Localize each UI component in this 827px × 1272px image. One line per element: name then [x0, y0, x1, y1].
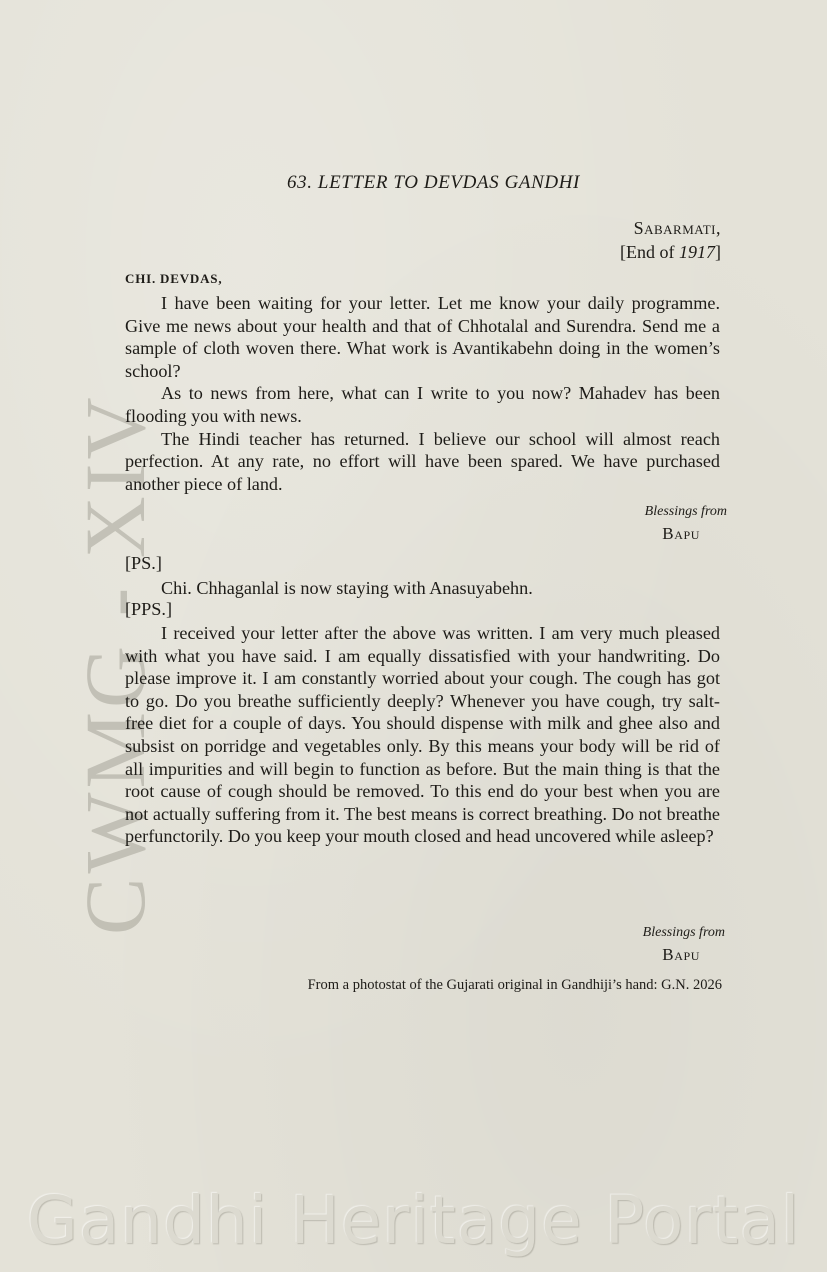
- closing-blessing: Blessings from: [645, 504, 727, 520]
- paragraph: I have been waiting for your letter. Let…: [125, 292, 720, 382]
- source-note: From a photostat of the Gujarati origina…: [308, 977, 722, 994]
- letter-title: 63. LETTER TO DEVDAS GANDHI: [0, 172, 827, 194]
- signature: Bapu: [662, 524, 700, 544]
- pps-paragraph: I received your letter after the above w…: [125, 622, 720, 848]
- salutation: CHI. DEVDAS,: [125, 271, 222, 287]
- date-suffix: ]: [715, 242, 721, 262]
- signature: Bapu: [662, 945, 700, 965]
- ps-paragraph: Chi. Chhaganlal is now staying with Anas…: [125, 577, 720, 600]
- portal-watermark: Gandhi Heritage Portal: [0, 1182, 827, 1259]
- ps-label: [PS.]: [125, 553, 162, 574]
- date: [End of 1917]: [620, 240, 721, 264]
- pps-label: [PPS.]: [125, 599, 172, 620]
- paragraph: As to news from here, what can I write t…: [125, 382, 720, 427]
- pps-body: I received your letter after the above w…: [125, 622, 720, 848]
- ps-body: Chi. Chhaganlal is now staying with Anas…: [125, 577, 720, 600]
- closing-blessing: Blessings from: [643, 925, 725, 941]
- paragraph: The Hindi teacher has returned. I believ…: [125, 428, 720, 496]
- date-prefix: [End of: [620, 242, 679, 262]
- place: Sabarmati,: [620, 216, 721, 240]
- letter-body: I have been waiting for your letter. Let…: [125, 292, 720, 495]
- date-year: 1917: [679, 242, 715, 262]
- place-date: Sabarmati, [End of 1917]: [620, 216, 721, 264]
